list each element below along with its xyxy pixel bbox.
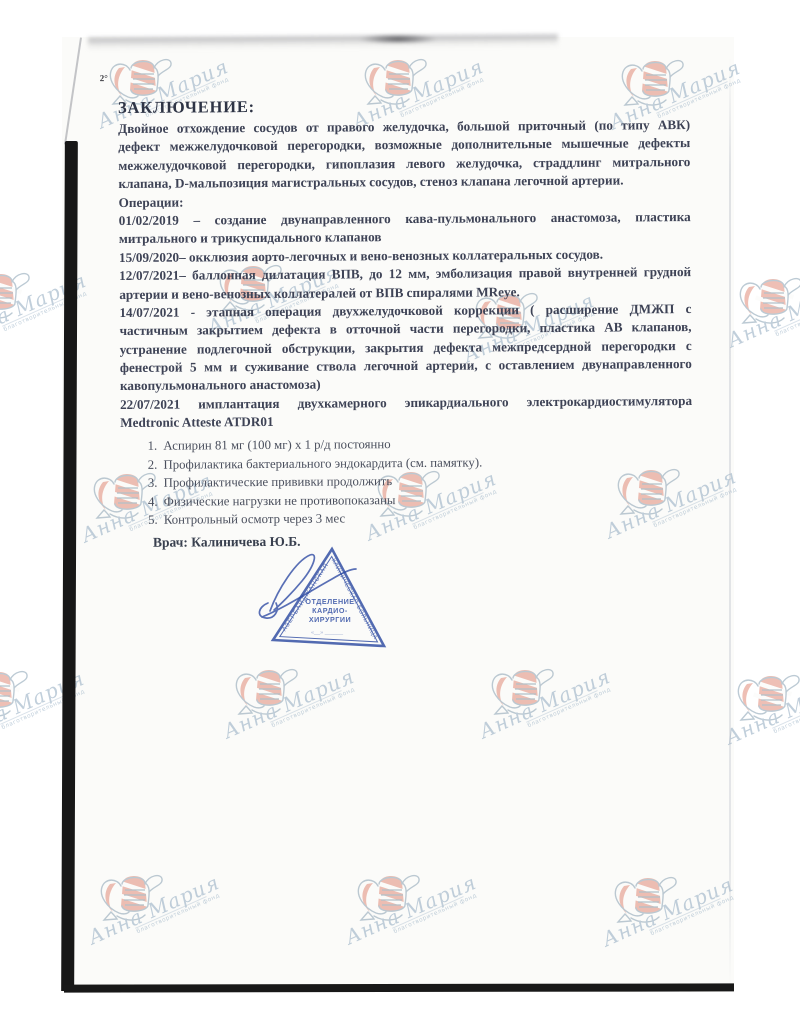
list-item: Физические нагрузки не противопоказаны [161, 490, 483, 511]
list-item: Профилактические прививки продолжить [161, 471, 483, 492]
document-line: Medtronic Atteste ATDR01 [120, 410, 692, 432]
recommendations-list: Аспирин 81 мг (100 мг) х 1 р/д постоянно… [136, 434, 482, 529]
conclusion-text: Двойное отхождение сосудов от правого же… [118, 116, 692, 433]
list-item: Профилактика бактериального эндокардита … [160, 453, 482, 474]
corner-mark: 2° [100, 73, 108, 83]
page-title: ЗАКЛЮЧЕНИЕ: [118, 97, 255, 118]
scanned-medical-report: Анна Марияблаготворительный фонд Анна Ма… [0, 0, 800, 1035]
doctor-signature [252, 545, 402, 635]
scan-black-border-bottom [64, 983, 734, 992]
list-item: Контрольный осмотр через 3 мес [161, 508, 483, 529]
list-item: Аспирин 81 мг (100 мг) х 1 р/д постоянно [160, 434, 482, 455]
document-content: 2° ЗАКЛЮЧЕНИЕ: Двойное отхождение сосудо… [0, 0, 800, 1035]
